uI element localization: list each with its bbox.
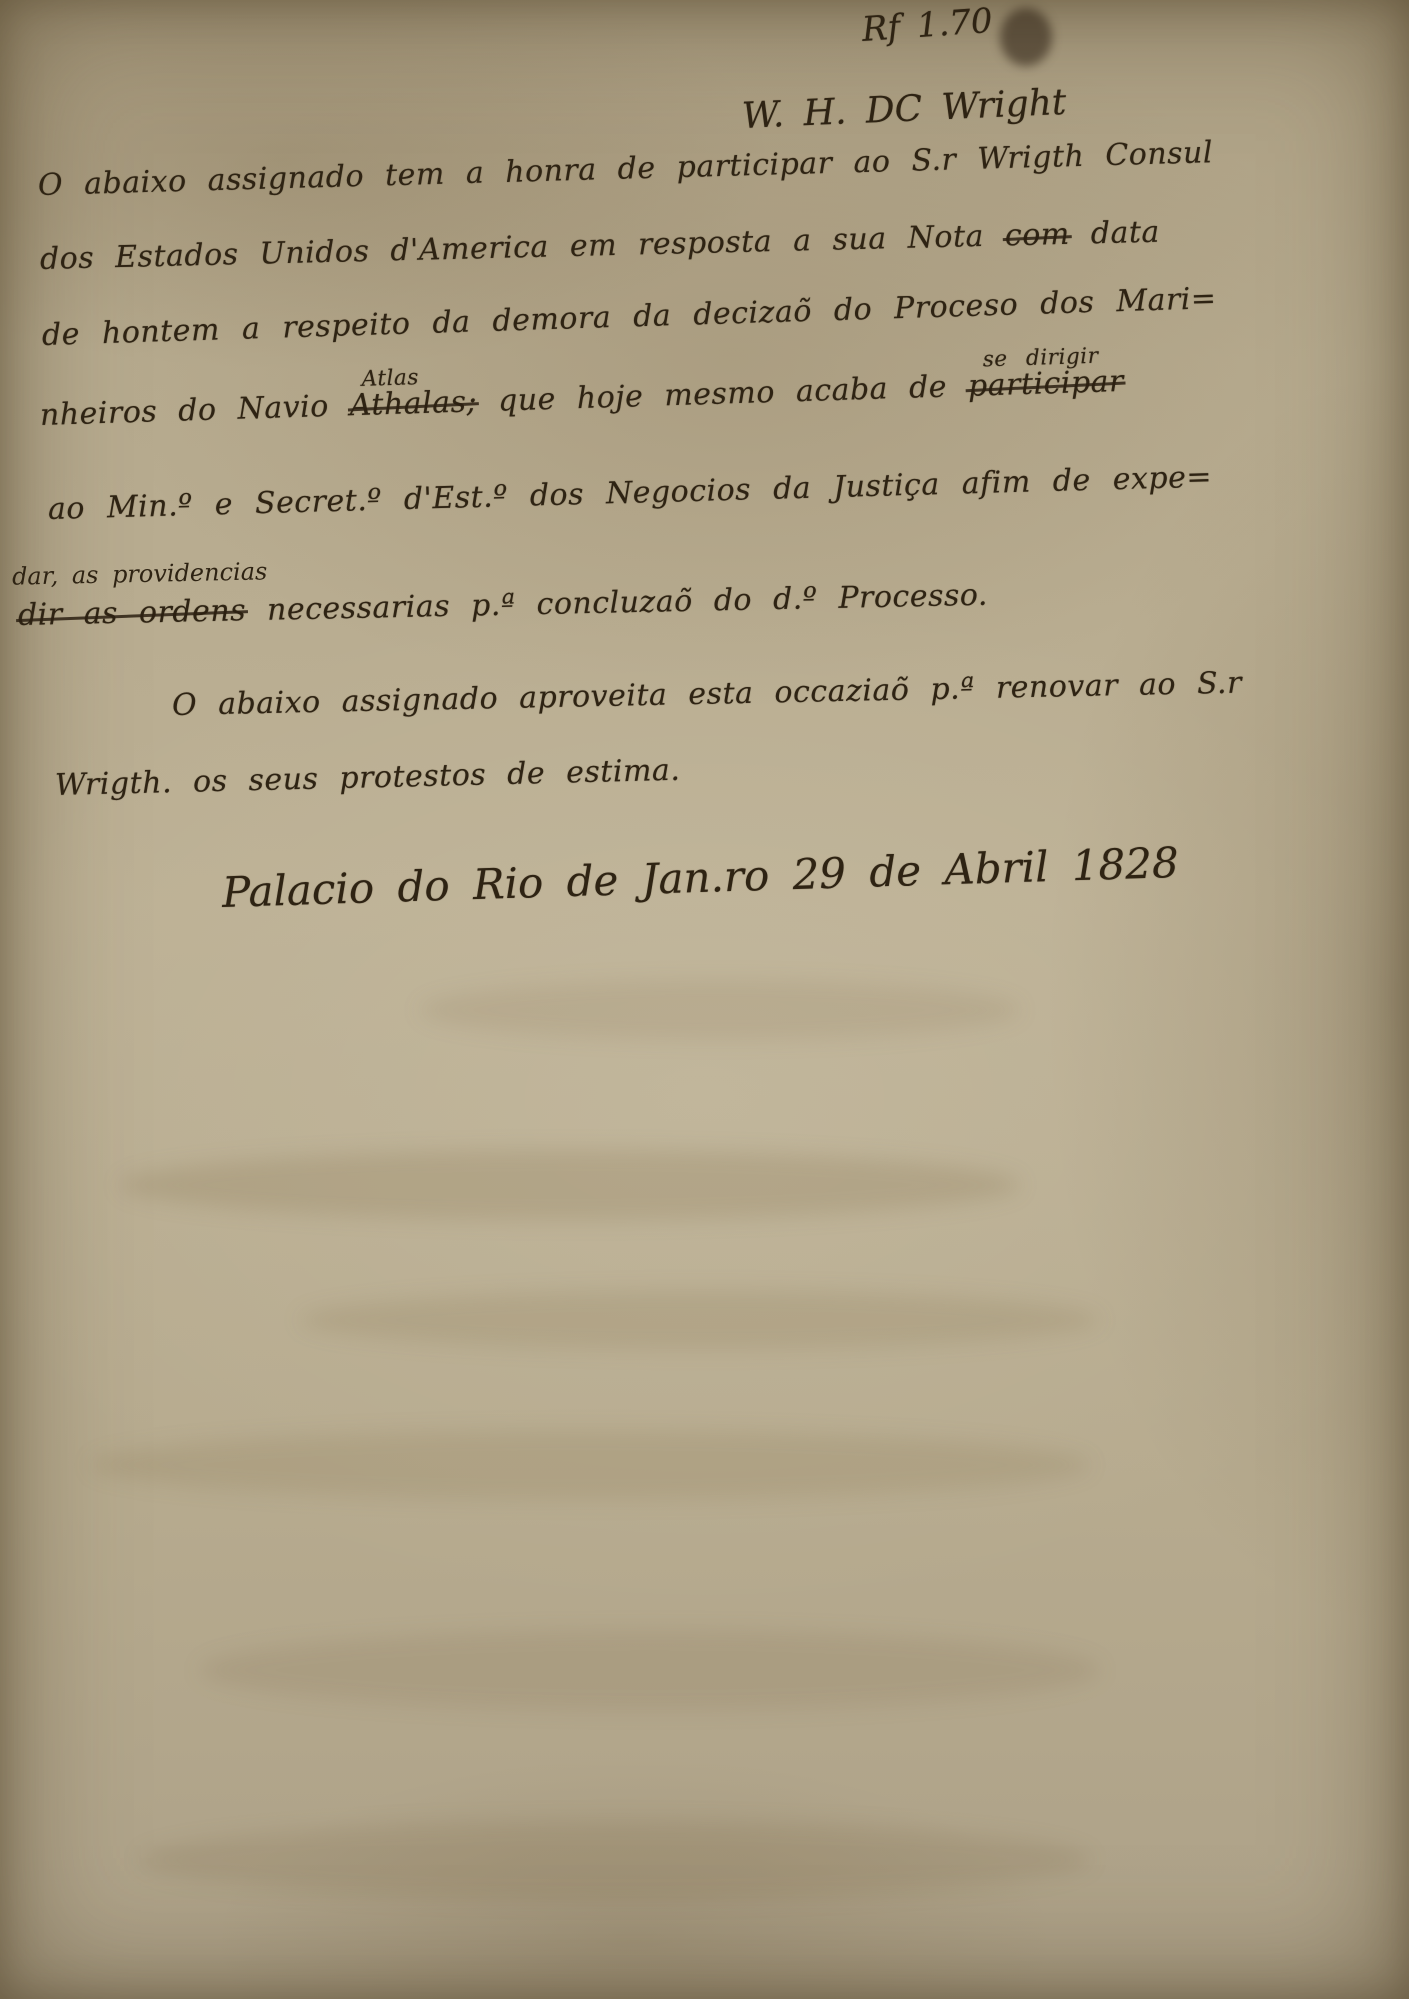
line-text: data <box>1069 215 1160 252</box>
interline-correction: dar, as providencias <box>12 557 268 590</box>
struck-word-ship-name: Athalas; Atlas <box>349 384 477 423</box>
struck-phrase: dir as ordens <box>18 593 247 633</box>
interline-correction: Atlas <box>361 366 419 393</box>
manuscript-scan: { "page": { "reference": "Rf 1.70", "add… <box>0 0 1409 1999</box>
interline-correction: se dirigir <box>982 344 1098 373</box>
struck-word: com <box>1005 217 1071 254</box>
struck-word: participar se dirigir <box>967 364 1124 404</box>
